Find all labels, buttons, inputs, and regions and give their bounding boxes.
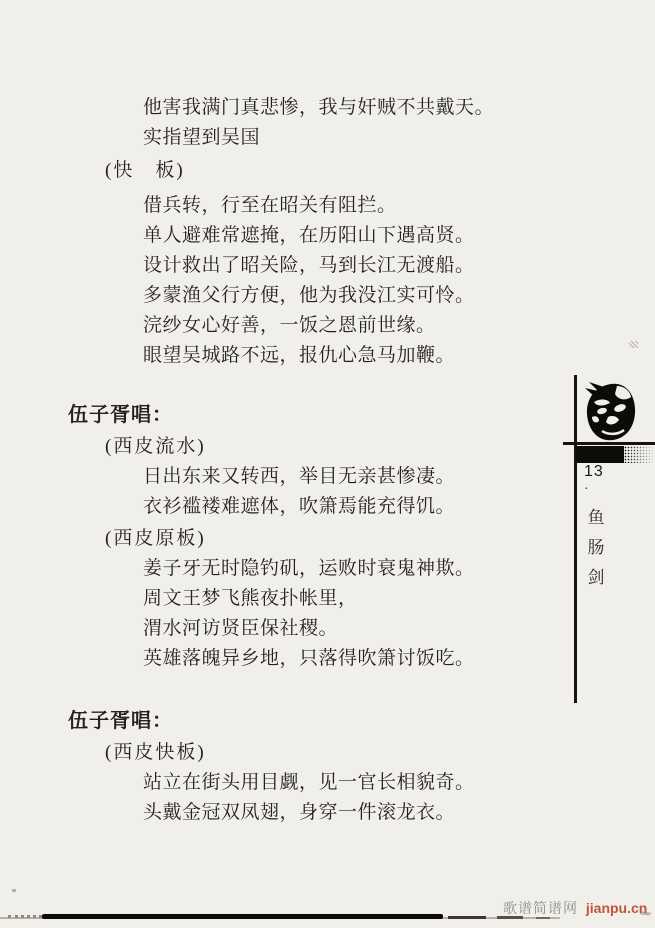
book-title-char: 肠 — [585, 533, 607, 563]
singer-heading: 伍子胥唱： — [0, 706, 560, 736]
bottom-black-strip — [42, 914, 443, 919]
watermark-site-name: 歌谱简谱网 — [503, 900, 578, 916]
lyric-line: 头戴金冠双凤翅，身穿一件滚龙衣。 — [0, 798, 560, 828]
tempo-marker: (西皮原板) — [0, 524, 560, 554]
lyric-line: 眼望吴城路不远，报仇心急马加鞭。 — [0, 341, 560, 371]
lyric-line: 日出东来又转西，举目无亲甚惨凄。 — [0, 462, 560, 492]
lyric-line: 他害我满门真悲惨，我与奸贼不共戴天。 — [0, 93, 560, 123]
tempo-marker: (西皮快板) — [0, 738, 560, 768]
book-title-vertical: 鱼 肠 剑 — [585, 503, 607, 593]
black-tab-bar-halftone — [624, 446, 655, 463]
tempo-marker: (快 板) — [0, 156, 560, 186]
lyrics-block: 他害我满门真悲惨，我与奸贼不共戴天。 实指望到吴国 (快 板) 借兵转，行至在昭… — [0, 93, 560, 828]
lyric-line: 衣衫褴褛难遮体，吹箫焉能充得饥。 — [0, 492, 560, 522]
lyric-line: 借兵转，行至在昭关有阻拦。 — [0, 191, 560, 221]
lyric-line: 多蒙渔父行方便，他为我没江实可怜。 — [0, 281, 560, 311]
sidebar-horizontal-rule — [563, 442, 655, 445]
watermark-site-url: jianpu.cn — [586, 900, 647, 916]
separator-dot: · — [584, 482, 589, 498]
tempo-marker: (西皮流水) — [0, 432, 560, 462]
book-title-char: 鱼 — [585, 503, 607, 533]
page-number: 13 — [584, 463, 604, 481]
lyric-line: 英雄落魄异乡地，只落得吹箫讨饭吃。 — [0, 644, 560, 674]
sidebar-vertical-rule — [574, 375, 577, 703]
black-tab-bar — [576, 446, 624, 463]
lyric-line: 实指望到吴国 — [0, 123, 560, 153]
opera-mask-icon — [583, 380, 639, 443]
watermark: 歌谱简谱网 jianpu.cn — [503, 899, 647, 917]
lyric-line: 单人避难常遮掩，在历阳山下遇高贤。 — [0, 221, 560, 251]
scanned-libretto-page: 他害我满门真悲惨，我与奸贼不共戴天。 实指望到吴国 (快 板) 借兵转，行至在昭… — [0, 0, 655, 928]
lyric-line: 站立在街头用目觑，见一官长相貌奇。 — [0, 768, 560, 798]
lyric-line: 姜子牙无时隐钓矶，运败时衰鬼神欺。 — [0, 554, 560, 584]
book-title-char: 剑 — [585, 563, 607, 593]
scan-noise-speck — [629, 341, 638, 348]
lyric-line: 渭水河访贤臣保社稷。 — [0, 614, 560, 644]
bottom-scan-dash — [536, 917, 550, 919]
lyric-line: 周文王梦飞熊夜扑帐里， — [0, 584, 560, 614]
bottom-scan-dash — [448, 916, 486, 919]
lyric-line: 设计救出了昭关险，马到长江无渡船。 — [0, 251, 560, 281]
scan-noise-speck — [12, 889, 16, 892]
lyric-line: 浣纱女心好善，一饭之恩前世缘。 — [0, 311, 560, 341]
singer-heading: 伍子胥唱： — [0, 400, 560, 430]
